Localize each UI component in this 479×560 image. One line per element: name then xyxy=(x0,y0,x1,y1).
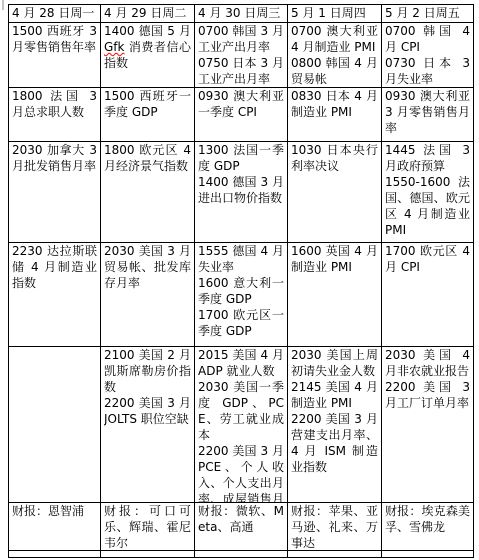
cell-content: 0700 韩国 4 月 CPI0730 日本 3 月失业率 xyxy=(385,23,470,87)
earnings-entry: 财报：苹果、亚马逊、礼来、万事达 xyxy=(291,503,378,550)
events-cell xyxy=(288,551,382,558)
cell-content: 0700 澳大利亚 4 月制造业 PMI0800 韩国 4 月贸易帐 xyxy=(291,23,378,87)
events-cell: 0830 日本 4 月制造业 PMI xyxy=(288,88,382,142)
cell-content: 财报：微软、Meta、高通 xyxy=(198,503,284,550)
cell-content: 1300 法国一季度 GDP1400 德国 3 月进出口物价指数 xyxy=(198,142,284,242)
earnings-entry: 财报：微软、Meta、高通 xyxy=(198,503,284,535)
cell-content: 1800 法国 3 月总求职人数 xyxy=(12,88,97,141)
events-cell xyxy=(382,551,474,558)
calendar-row: 2030 加拿大 3 月批发销售月率1800 欧元区 4 月经济景气指数1300… xyxy=(9,142,474,243)
event-entry: 1600 意大利一季度 GDP xyxy=(198,275,284,307)
cell-content: 2030 美国 3 月贸易帐、批发库存月率 xyxy=(104,243,191,346)
event-entry: 1400 德国 5 月 Gfk 消费者信心指数 xyxy=(104,23,191,71)
events-cell: 2100 美国 2 月凯斯席勒房价指数2200 美国 3 月 JOLTS 职位空… xyxy=(101,347,195,503)
event-entry: 2030 美国上周初请失业金人数 xyxy=(291,347,378,379)
cell-content: 0930 澳大利亚一季度 CPI xyxy=(198,88,284,141)
event-entry: 1445 法国 3 月政府预算 xyxy=(385,142,470,174)
event-entry: 0800 韩国 4 月贸易帐 xyxy=(291,55,378,87)
event-entry: 1555 德国 4 月失业率 xyxy=(198,243,284,275)
event-entry: 1500 西班牙 3 月零售销售年率 xyxy=(12,23,97,55)
events-cell: 1555 德国 4 月失业率1600 意大利一季度 GDP1700 欧元区一季度… xyxy=(195,243,288,347)
events-cell: 2015 美国 4 月 ADP 就业人数2030 美国一季度 GDP、PCE、劳… xyxy=(195,347,288,503)
page-edge-fragment xyxy=(2,0,4,10)
event-entry: 2100 美国 2 月凯斯席勒房价指数 xyxy=(104,347,191,395)
earnings-cell: 财报：埃克森美孚、雪佛龙 xyxy=(382,503,474,551)
event-entry: 1300 法国一季度 GDP xyxy=(198,142,284,174)
cell-content xyxy=(104,551,191,557)
events-cell: 1700 欧元区 4 月 CPI xyxy=(382,243,474,347)
cell-content xyxy=(198,551,284,557)
calendar-row: 2100 美国 2 月凯斯席勒房价指数2200 美国 3 月 JOLTS 职位空… xyxy=(9,347,474,503)
cell-content: 1600 英国 4 月制造业 PMI xyxy=(291,243,378,346)
events-cell: 1800 法国 3 月总求职人数 xyxy=(9,88,101,142)
calendar-row: 2230 达拉斯联储 4 月制造业指数2030 美国 3 月贸易帐、批发库存月率… xyxy=(9,243,474,347)
earnings-cell: 财报：苹果、亚马逊、礼来、万事达 xyxy=(288,503,382,551)
day-header: 5 月 2 日周五 xyxy=(382,5,474,23)
day-header: 4 月 30 日周三 xyxy=(195,5,288,23)
event-entry: 1800 法国 3 月总求职人数 xyxy=(12,88,97,120)
event-entry: 1700 欧元区 4 月 CPI xyxy=(385,243,470,275)
events-cell: 0700 韩国 3 月工业产出月率0750 日本 3 月工业产出月率 xyxy=(195,23,288,88)
events-cell: 2030 美国 4 月非农就业报告2200 美国 3 月工厂订单月率 xyxy=(382,347,474,503)
earnings-cell: 财报：恩智浦 xyxy=(9,503,101,551)
day-header: 5 月 1 日周四 xyxy=(288,5,382,23)
event-entry: 0730 日本 3 月失业率 xyxy=(385,55,470,87)
event-entry: 0700 韩国 3 月工业产出月率 xyxy=(198,23,284,55)
cell-content: 财报：可口可乐、辉瑞、霍尼韦尔 xyxy=(104,503,191,550)
event-entry: 1800 欧元区 4 月经济景气指数 xyxy=(104,142,191,174)
cell-content: 2030 美国上周初请失业金人数2145 美国 4 月制造业 PMI2200 美… xyxy=(291,347,378,502)
cell-content: 2030 加拿大 3 月批发销售月率 xyxy=(12,142,97,242)
event-entry: 0750 日本 3 月工业产出月率 xyxy=(198,55,284,87)
cell-content: 1500 西班牙一季度 GDP xyxy=(104,88,191,141)
events-cell: 0930 澳大利亚 3 月零售销售月率 xyxy=(382,88,474,142)
cell-content: 1555 德国 4 月失业率1600 意大利一季度 GDP1700 欧元区一季度… xyxy=(198,243,284,346)
day-header: 4 月 29 日周二 xyxy=(101,5,195,23)
earnings-entry: 财报：埃克森美孚、雪佛龙 xyxy=(385,503,470,535)
events-cell: 0930 澳大利亚一季度 CPI xyxy=(195,88,288,142)
cell-content: 1445 法国 3 月政府预算1550-1600 法国、德国、欧元区 4 月制造… xyxy=(385,142,470,242)
event-entry: 0700 澳大利亚 4 月制造业 PMI xyxy=(291,23,378,55)
calendar-row: 1800 法国 3 月总求职人数1500 西班牙一季度 GDP0930 澳大利亚… xyxy=(9,88,474,142)
event-entry: 2200 美国 3 月工厂订单月率 xyxy=(385,379,470,411)
cell-content xyxy=(12,347,97,502)
events-cell: 2030 美国上周初请失业金人数2145 美国 4 月制造业 PMI2200 美… xyxy=(288,347,382,503)
cell-content: 0830 日本 4 月制造业 PMI xyxy=(291,88,378,141)
earnings-entry: 财报：可口可乐、辉瑞、霍尼韦尔 xyxy=(104,503,191,550)
event-entry: 0930 澳大利亚一季度 CPI xyxy=(198,88,284,120)
economic-calendar-table: 4 月 28 日周一4 月 29 日周二4 月 30 日周三5 月 1 日周四5… xyxy=(8,4,474,558)
cell-content xyxy=(12,551,97,557)
calendar-row: 1500 西班牙 3 月零售销售年率1400 德国 5 月 Gfk 消费者信心指… xyxy=(9,23,474,88)
cell-content: 2015 美国 4 月 ADP 就业人数2030 美国一季度 GDP、PCE、劳… xyxy=(198,347,284,502)
cell-content: 财报：埃克森美孚、雪佛龙 xyxy=(385,503,470,550)
misspelled-word: Gfk xyxy=(104,40,124,54)
event-entry: 1500 西班牙一季度 GDP xyxy=(104,88,191,120)
event-entry: 2030 美国 3 月贸易帐、批发库存月率 xyxy=(104,243,191,291)
event-entry: 1400 德国 3 月进出口物价指数 xyxy=(198,174,284,206)
event-entry: 2230 达拉斯联储 4 月制造业指数 xyxy=(12,243,97,291)
events-cell: 0700 韩国 4 月 CPI0730 日本 3 月失业率 xyxy=(382,23,474,88)
cell-content: 2100 美国 2 月凯斯席勒房价指数2200 美国 3 月 JOLTS 职位空… xyxy=(104,347,191,502)
cell-content: 0700 韩国 3 月工业产出月率0750 日本 3 月工业产出月率 xyxy=(198,23,284,87)
events-cell: 1400 德国 5 月 Gfk 消费者信心指数 xyxy=(101,23,195,88)
events-cell xyxy=(9,347,101,503)
cell-content xyxy=(291,551,378,557)
event-entry: 2145 美国 4 月制造业 PMI xyxy=(291,379,378,411)
cell-content: 1400 德国 5 月 Gfk 消费者信心指数 xyxy=(104,23,191,87)
cell-content: 1800 欧元区 4 月经济景气指数 xyxy=(104,142,191,242)
events-cell xyxy=(195,551,288,558)
events-cell: 2030 加拿大 3 月批发销售月率 xyxy=(9,142,101,243)
events-cell: 0700 澳大利亚 4 月制造业 PMI0800 韩国 4 月贸易帐 xyxy=(288,23,382,88)
events-cell: 2230 达拉斯联储 4 月制造业指数 xyxy=(9,243,101,347)
cell-content: 1700 欧元区 4 月 CPI xyxy=(385,243,470,346)
calendar-row xyxy=(9,551,474,558)
event-entry: 0700 韩国 4 月 CPI xyxy=(385,23,470,55)
cell-content: 财报：恩智浦 xyxy=(12,503,97,550)
event-entry: 0930 澳大利亚 3 月零售销售月率 xyxy=(385,88,470,136)
event-entry: 0830 日本 4 月制造业 PMI xyxy=(291,88,378,120)
header-row: 4 月 28 日周一4 月 29 日周二4 月 30 日周三5 月 1 日周四5… xyxy=(9,5,474,23)
events-cell: 1030 日本央行利率决议 xyxy=(288,142,382,243)
events-cell: 1500 西班牙一季度 GDP xyxy=(101,88,195,142)
events-cell: 1500 西班牙 3 月零售销售年率 xyxy=(9,23,101,88)
events-cell xyxy=(101,551,195,558)
event-entry: 2200 美国 3 月 JOLTS 职位空缺 xyxy=(104,395,191,427)
cell-content xyxy=(385,551,470,557)
cell-content: 2030 美国 4 月非农就业报告2200 美国 3 月工厂订单月率 xyxy=(385,347,470,502)
events-cell: 1445 法国 3 月政府预算1550-1600 法国、德国、欧元区 4 月制造… xyxy=(382,142,474,243)
events-cell: 2030 美国 3 月贸易帐、批发库存月率 xyxy=(101,243,195,347)
earnings-entry: 财报：恩智浦 xyxy=(12,503,97,519)
event-entry: 2015 美国 4 月 ADP 就业人数 xyxy=(198,347,284,379)
event-entry: 2030 美国一季度 GDP、PCE、劳工就业成本 xyxy=(198,379,284,443)
cell-content: 1030 日本央行利率决议 xyxy=(291,142,378,242)
cell-content: 财报：苹果、亚马逊、礼来、万事达 xyxy=(291,503,378,550)
event-entry: 2030 美国 4 月非农就业报告 xyxy=(385,347,470,379)
event-entry: 1600 英国 4 月制造业 PMI xyxy=(291,243,378,275)
cell-content: 0930 澳大利亚 3 月零售销售月率 xyxy=(385,88,470,141)
event-entry: 1030 日本央行利率决议 xyxy=(291,142,378,174)
events-cell: 1800 欧元区 4 月经济景气指数 xyxy=(101,142,195,243)
cell-content: 2230 达拉斯联储 4 月制造业指数 xyxy=(12,243,97,346)
events-cell xyxy=(9,551,101,558)
event-entry: 1700 欧元区一季度 GDP xyxy=(198,307,284,339)
earnings-cell: 财报：可口可乐、辉瑞、霍尼韦尔 xyxy=(101,503,195,551)
event-entry: 1550-1600 法国、德国、欧元区 4 月制造业 PMI xyxy=(385,174,470,238)
earnings-row: 财报：恩智浦财报：可口可乐、辉瑞、霍尼韦尔财报：微软、Meta、高通财报：苹果、… xyxy=(9,503,474,551)
events-cell: 1300 法国一季度 GDP1400 德国 3 月进出口物价指数 xyxy=(195,142,288,243)
day-header: 4 月 28 日周一 xyxy=(9,5,101,23)
cell-content: 1500 西班牙 3 月零售销售年率 xyxy=(12,23,97,87)
event-entry: 2200 美国 3 月营建支出月率、4 月 ISM 制造业指数 xyxy=(291,411,378,475)
event-entry: 2030 加拿大 3 月批发销售月率 xyxy=(12,142,97,174)
earnings-cell: 财报：微软、Meta、高通 xyxy=(195,503,288,551)
events-cell: 1600 英国 4 月制造业 PMI xyxy=(288,243,382,347)
event-entry: 2200 美国 3 月 PCE、个人收入、个人支出月率、成屋销售月率 xyxy=(198,443,284,502)
